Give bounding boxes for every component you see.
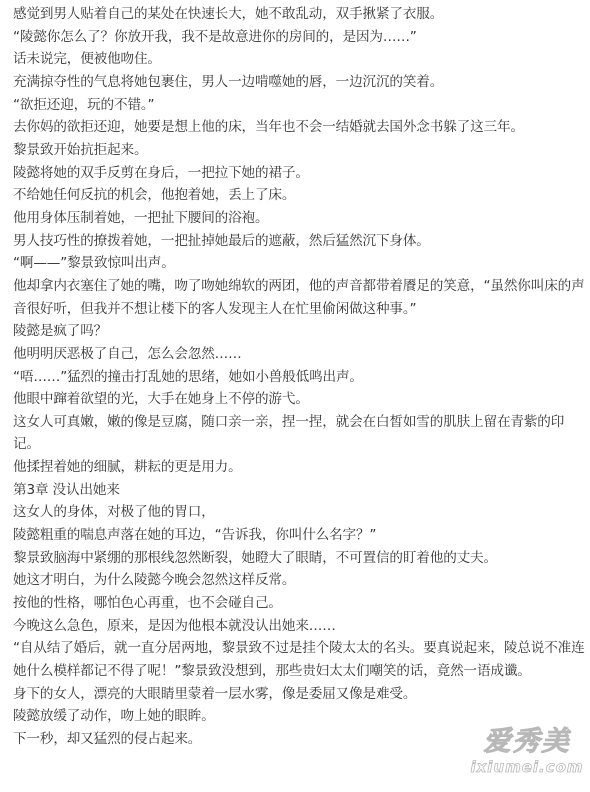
paragraph: “自从结了婚后，就一直分居两地，黎景致不过是挂个陵太太的名头。要真说起来，陵总说… <box>13 637 585 682</box>
paragraph: 身下的女人，漂亮的大眼睛里蒙着一层水雾，像是委屈又像是难受。 <box>13 683 585 706</box>
paragraph: 他眼中蹿着欲望的光，大手在她身上不停的游弋。 <box>13 388 585 411</box>
paragraph: 今晚这么急色，原来，是因为他根本就没认出她来…… <box>13 615 585 638</box>
paragraph: 男人技巧性的撩拨着她，一把扯掉她最后的遮蔽，然后猛然沉下身体。 <box>13 230 585 253</box>
paragraph: 陵懿将她的双手反剪在身后，一把拉下她的裙子。 <box>13 162 585 185</box>
chapter-heading: 第3章 没认出她来 <box>13 479 585 502</box>
paragraph: 他用身体压制着她，一把扯下腰间的浴袍。 <box>13 207 585 230</box>
paragraph: 去你妈的欲拒还迎，她要是想上他的床，当年也不会一结婚就去国外念书躲了这三年。 <box>13 116 585 139</box>
paragraph: 下一秒，却又猛烈的侵占起来。 <box>13 728 585 751</box>
paragraph: 他揉捏着她的细腻，耕耘的更是用力。 <box>13 456 585 479</box>
paragraph: 他明明厌恶极了自己，怎么会忽然…… <box>13 343 585 366</box>
article-body: 感觉到男人贴着自己的某处在快速长大，她不敢乱动，双手揪紧了衣服。 “陵懿你怎么了… <box>13 3 585 751</box>
paragraph: “陵懿你怎么了？你放开我，我不是故意进你的房间的，是因为……” <box>13 26 585 49</box>
paragraph: 充满掠夺性的气息将她包裹住，男人一边啃噬她的唇，一边沉沉的笑着。 <box>13 71 585 94</box>
paragraph: 她这才明白，为什么陵懿今晚会忽然这样反常。 <box>13 569 585 592</box>
paragraph: “啊——”黎景致惊叫出声。 <box>13 252 585 275</box>
paragraph: 黎景致脑海中紧绷的那根线忽然断裂，她瞪大了眼睛，不可置信的盯着他的丈夫。 <box>13 547 585 570</box>
paragraph: 按他的性格，哪怕色心再重，也不会碰自己。 <box>13 592 585 615</box>
paragraph: “欲拒还迎，玩的不错。” <box>13 94 585 117</box>
paragraph: 陵懿放缓了动作，吻上她的眼眸。 <box>13 705 585 728</box>
paragraph: 感觉到男人贴着自己的某处在快速长大，她不敢乱动，双手揪紧了衣服。 <box>13 3 585 26</box>
paragraph: 这女人可真嫩，嫩的像是豆腐，随口亲一亲，捏一捏，就会在白皙如雪的肌肤上留在青紫的… <box>13 411 585 456</box>
paragraph: 陵懿粗重的喘息声落在她的耳边，“告诉我，你叫什么名字？” <box>13 524 585 547</box>
paragraph: “唔……”猛烈的撞击打乱她的思绪，她如小兽般低鸣出声。 <box>13 366 585 389</box>
paragraph: 陵懿是疯了吗？ <box>13 320 585 343</box>
paragraph: 这女人的身体，对极了他的胃口， <box>13 501 585 524</box>
paragraph: 他却拿内衣塞住了她的嘴，吻了吻她绵软的两团，他的声音都带着餍足的笑意，“虽然你叫… <box>13 275 585 320</box>
watermark-domain: ixiumei.com <box>468 757 586 777</box>
paragraph: 黎景致开始抗拒起来。 <box>13 139 585 162</box>
paragraph: 不给她任何反抗的机会，他抱着她，丢上了床。 <box>13 184 585 207</box>
paragraph: 话未说完，便被他吻住。 <box>13 48 585 71</box>
